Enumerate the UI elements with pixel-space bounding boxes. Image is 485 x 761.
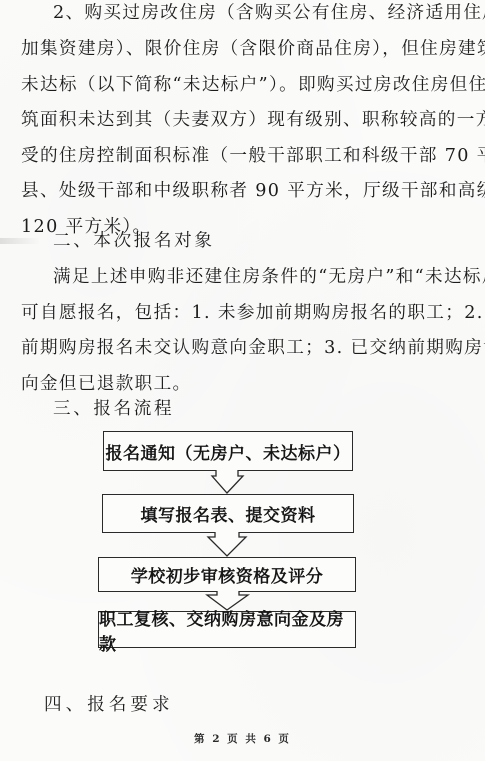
page-number-footer: 第 2 页 共 6 页 [0, 731, 485, 746]
document-page: 2、购买过房改住房（含购买公有住房、经济适用住房和参 加集资建房）、限价住房（含… [0, 0, 485, 761]
paragraph-line: 前期购房报名未交认购意向金职工；3. 已交纳前期购房认购意 [21, 336, 463, 360]
flow-step-4: 职工复核、交纳购房意向金及房款 [98, 611, 356, 648]
flow-step-label: 职工复核、交纳购房意向金及房款 [99, 605, 355, 655]
flow-step-2: 填写报名表、提交资料 [102, 494, 354, 533]
flow-step-label: 填写报名表、提交资料 [141, 501, 316, 526]
flow-step-label: 报名通知（无房户、未达标户） [106, 439, 351, 464]
paragraph-line: 筑面积未达到其（夫妻双方）现有级别、职称较高的一方应享 [21, 108, 463, 132]
section-heading-signup-targets: 二、本次报名对象 [53, 229, 215, 253]
paragraph-line: 受的住房控制面积标准（一般干部职工和科级干部 70 平方米， [21, 144, 463, 168]
paragraph-line: 县、处级干部和中级职称者 90 平方米，厅级干部和高级职称者 [21, 179, 463, 203]
flow-step-label: 学校初步审核资格及评分 [131, 562, 324, 587]
flow-step-3: 学校初步审核资格及评分 [98, 557, 356, 592]
paragraph-line: 可自愿报名，包括：1. 未参加前期购房报名的职工；2. 已参加 [21, 301, 463, 325]
paragraph-line: 未达标（以下简称“未达标户”）。即购买过房改住房但住房建 [21, 73, 463, 97]
paragraph-line: 向金但已退款职工。 [21, 372, 463, 396]
paragraph-line: 2、购买过房改住房（含购买公有住房、经济适用住房和参 [53, 1, 463, 25]
arrow-down-icon [203, 531, 253, 560]
flow-step-1: 报名通知（无房户、未达标户） [103, 431, 353, 471]
section-heading-signup-requirements: 四、报名要求 [44, 693, 174, 717]
paragraph-line: 加集资建房）、限价住房（含限价商品住房），但住房建筑面积 [21, 37, 463, 61]
section-heading-signup-process: 三、报名流程 [53, 397, 174, 421]
arrow-down-icon [205, 469, 250, 497]
paragraph-line: 满足上述申购非还建住房条件的“无房户”和“未达标户” [53, 265, 463, 289]
